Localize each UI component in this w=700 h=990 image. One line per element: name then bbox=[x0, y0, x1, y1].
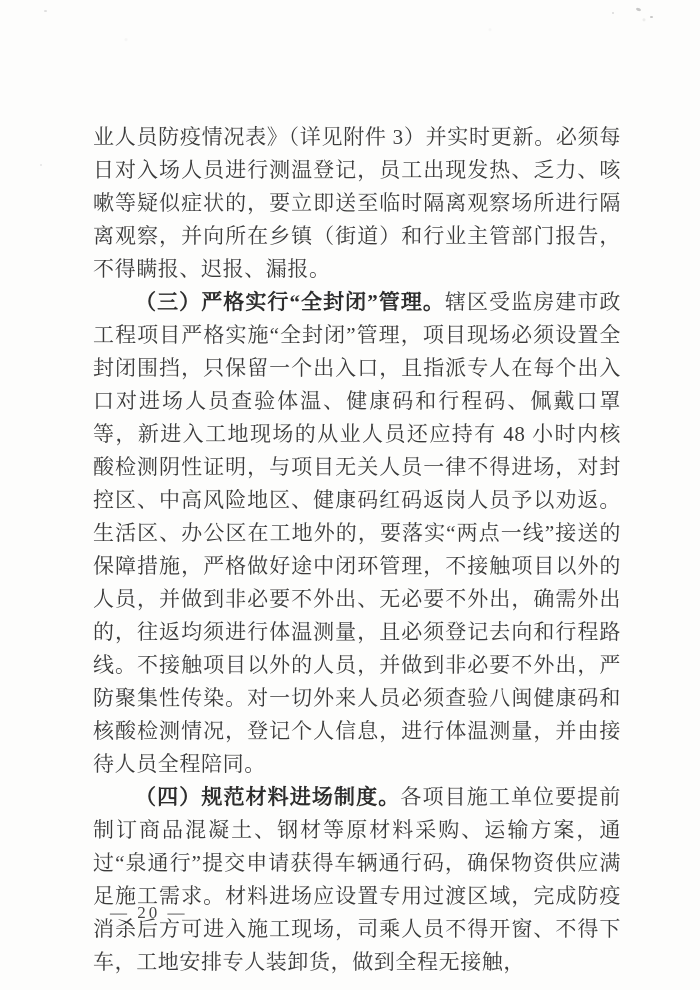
paragraph-continuation: 业人员防疫情况表》（详见附件 3）并实时更新。必须每日对入场人员进行测温登记，员… bbox=[93, 121, 621, 286]
scan-artifact bbox=[44, 10, 47, 12]
section-four-heading: （四）规范材料进场制度。 bbox=[135, 785, 400, 809]
paragraph-section-four: （四）规范材料进场制度。各项目施工单位要提前制订商品混凝土、钢材等原材料采购、运… bbox=[93, 781, 621, 979]
paragraph-section-three: （三）严格实行“全封闭”管理。辖区受监房建市政工程项目严格实施“全封闭”管理，项… bbox=[93, 286, 621, 781]
document-body: 业人员防疫情况表》（详见附件 3）并实时更新。必须每日对入场人员进行测温登记，员… bbox=[93, 121, 621, 979]
scan-artifact bbox=[612, 12, 614, 14]
page-number: — 20 — bbox=[110, 903, 188, 923]
section-three-heading: （三）严格实行“全封闭”管理。 bbox=[135, 290, 445, 314]
paragraph-text: 业人员防疫情况表》（详见附件 3）并实时更新。必须每日对入场人员进行测温登记，员… bbox=[93, 125, 621, 281]
scan-artifact bbox=[650, 16, 653, 18]
paragraph-text: 各项目施工单位要提前制订商品混凝土、钢材等原材料采购、运输方案，通过“泉通行”提… bbox=[93, 785, 621, 974]
scan-artifact bbox=[40, 164, 42, 166]
scan-artifact bbox=[636, 7, 642, 12]
document-page: 业人员防疫情况表》（详见附件 3）并实时更新。必须每日对入场人员进行测温登记，员… bbox=[0, 0, 700, 990]
paragraph-text: 辖区受监房建市政工程项目严格实施“全封闭”管理，项目现场必须设置全封闭围挡，只保… bbox=[93, 290, 621, 776]
